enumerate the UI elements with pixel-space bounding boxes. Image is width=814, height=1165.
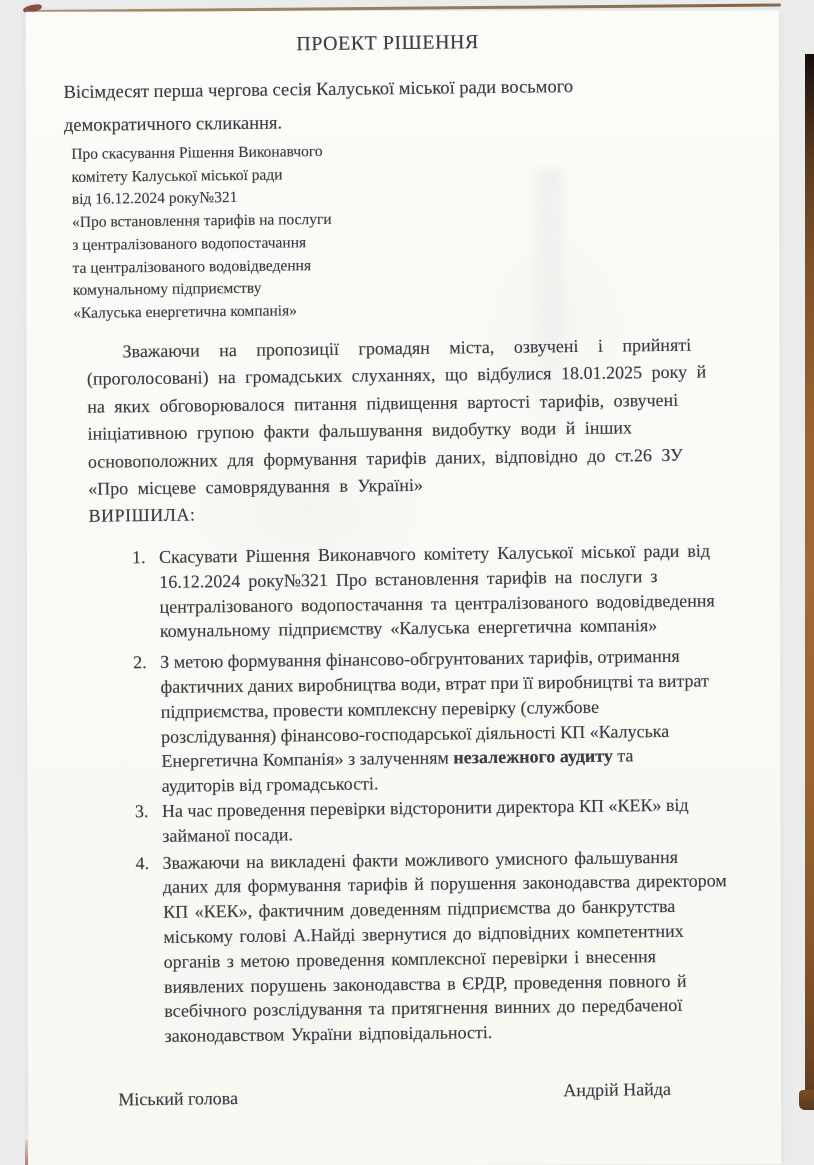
list-item-3-text: На час проведення перевірки відсторонити… (162, 792, 768, 849)
list-item-4-text: Зважаючи на викладені факти можливого ум… (162, 843, 769, 1048)
decision-list: 1. Скасувати Рішення Виконавчого комітет… (132, 538, 770, 1049)
photo-scene: ПРОЕКТ РІШЕННЯ Вісімдесят перша чергова … (0, 0, 814, 1165)
list-item-2-bold-emphasis: незалежного аудиту (453, 746, 613, 768)
list-item-3-number: 3. (135, 799, 162, 824)
list-item-4: 4. Зважаючи на викладені факти можливого… (135, 843, 769, 1049)
list-item-1: 1. Скасувати Рішення Виконавчого комітет… (132, 538, 765, 645)
document-photo: { "doc": { "title": "ПРОЕКТ РІШЕННЯ", "s… (0, 0, 814, 1165)
signature-role: Міський голова (118, 1088, 238, 1110)
list-item-2-text: З метою формування фінансово-обгрунтован… (160, 643, 767, 799)
list-item-1-text: Скасувати Рішення Виконавчого комітету К… (159, 538, 765, 644)
list-item-2: 2. З метою формування фінансово-обгрунто… (133, 643, 767, 799)
document-content: ПРОЕКТ РІШЕННЯ Вісімдесят перша чергова … (25, 7, 791, 1165)
list-item-3: 3. На час проведення перевірки відсторон… (135, 792, 768, 849)
preamble-paragraph: Зважаючи на пропозиції громадян міста, о… (86, 331, 750, 503)
signature-name: Андрій Найда (563, 1079, 671, 1101)
door-frame-edge (805, 54, 814, 1096)
door-frame-edge-end (799, 1090, 814, 1110)
subject-block: Про скасування Рішення Виконавчого коміт… (71, 139, 493, 326)
list-item-2-number: 2. (133, 650, 160, 675)
session-heading: Вісімдесят перша чергова сесія Калуської… (63, 70, 704, 143)
document-page: ПРОЕКТ РІШЕННЯ Вісімдесят перша чергова … (26, 10, 781, 1165)
preamble-section: Зважаючи на пропозиції громадян міста, о… (86, 331, 750, 531)
document-title: ПРОЕКТ РІШЕННЯ (25, 28, 778, 60)
list-item-1-number: 1. (132, 545, 159, 570)
preamble-first-line: Зважаючи на пропозиції громадян міста, о… (122, 335, 691, 362)
list-item-4-number: 4. (135, 850, 162, 875)
red-mark-bottom-left (25, 1140, 28, 1165)
